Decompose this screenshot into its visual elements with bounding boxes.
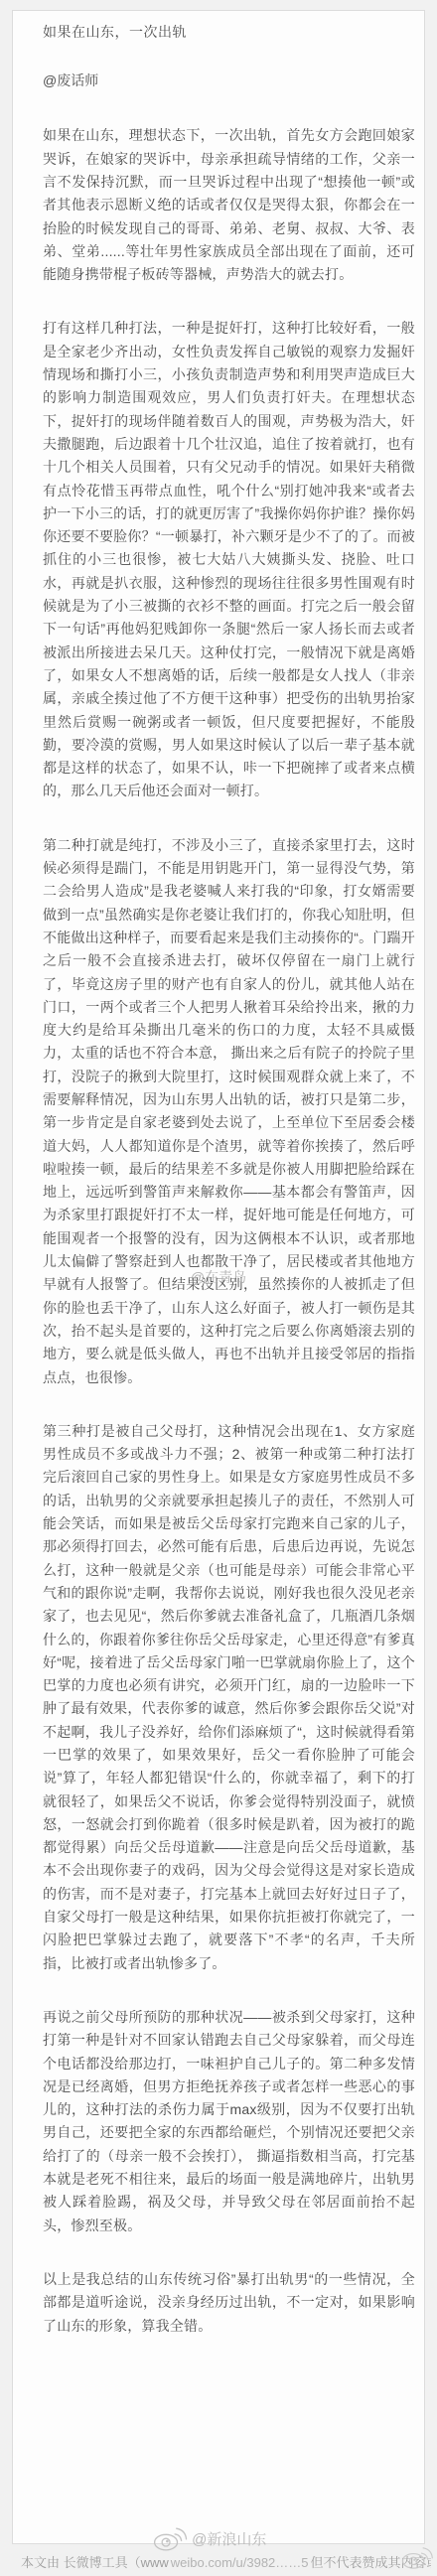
weibo-logo-icon [400,2544,434,2575]
watermark-profile-url: weibo.com/u/3982……5 [171,2555,309,2570]
article-paragraph: 如果在山东，理想状态下，一次出轨，首先女方会跑回娘家哭诉，在娘家的哭诉中，母亲承… [43,124,415,286]
article-paragraph: 第二种打就是纯打，不涉及小三了，直接杀家里打去，这时候必须得是踹门，不能是用钥匙… [43,834,415,1389]
article-body: 如果在山东，理想状态下，一次出轨，首先女方会跑回娘家哭诉，在娘家的哭诉中，母亲承… [43,124,415,2337]
footer-text-left: 本文由 长微博工具（www [21,2552,169,2571]
watermark-bottom: @新浪山东 [152,2524,266,2552]
weibo-logo-icon [152,2524,188,2552]
article-paragraph: 第三种打是被自己父母打，这种情况会出现在1、女方家庭男性成员不多或战斗力不强；2… [43,1420,415,1975]
article-paragraph: 再说之前父母所预防的那种状况——被杀到父母家打，这种打第一种是针对不回家认错跑去… [43,2006,415,2237]
author-handle: @废话师 [43,70,415,92]
watermark-bottom-handle: @新浪山东 [192,2528,266,2549]
long-weibo-image: 如果在山东，一次出轨 @废话师 如果在山东，理想状态下，一次出轨，首先女方会跑回… [0,0,437,2576]
article-paragraph: 打有这样几种打法，一种是捉奸打，这种打比较好看，一般是全家老少齐出动，女性负责发… [43,317,415,802]
article-paragraph: 以上是我总结的山东传统习俗”暴打出轨男“的一些情况，全部都是道听途说，没亲身经历… [43,2268,415,2338]
article-title: 如果在山东，一次出轨 [43,21,415,44]
generator-footer: 本文由 长微博工具（www weibo.com/u/3982……5 但不代表赞成… [21,2552,431,2571]
watermark-middle-handle: @在青岛 [191,1267,246,1287]
